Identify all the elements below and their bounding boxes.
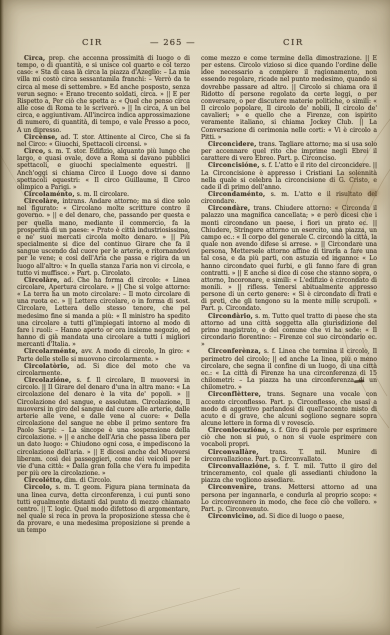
entry-term: Circonferènza,	[208, 348, 261, 355]
entry-circolo-continuation: come mezzo e come termine della dimostra…	[201, 55, 377, 141]
entry-body: s. m. Il circolare.	[77, 191, 129, 198]
page-number: — 265 —	[150, 38, 196, 48]
text-column-left: Cìrca, prep. che accenna prossimità di l…	[17, 55, 190, 558]
entry-term: Cìrco,	[24, 148, 45, 155]
entry-term: Circondaménto,	[208, 191, 265, 198]
entry-circa: Cìrca, prep. che accenna prossimità di l…	[17, 55, 190, 134]
running-title-left: CIR	[82, 38, 103, 48]
foxing-spot	[366, 188, 380, 198]
entry-term: Circolatòrio,	[24, 363, 70, 370]
entry-circondare: Circondàre, trans. Chiudere attorno: « C…	[201, 205, 377, 312]
entry-circoncidere: Circoncìdere, trans. Tagliare attorno; m…	[201, 141, 377, 162]
text-column-right: come mezzo e come termine della dimostra…	[201, 55, 377, 558]
entry-term: Circonvallazióne,	[208, 463, 270, 470]
entry-body: s. m. T. stor. Edifizio, alquanto più lu…	[17, 148, 190, 191]
crease-line-bottom	[96, 588, 240, 628]
entry-term: Circonvenìre,	[208, 484, 257, 491]
entry-term: Cìrcolo,	[24, 484, 52, 491]
scan-edge-shadow	[0, 0, 4, 635]
entry-body: s. m. T. geom. Figura piana terminata da…	[17, 484, 190, 534]
page-header: CIR — 265 — CIR	[0, 38, 390, 52]
entry-circonvallazione: Circonvallazióne, s. f. T. mil. Tutto il…	[201, 463, 377, 484]
entry-body: ad. Si dice di luogo o paese,	[258, 513, 345, 520]
entry-circonvicino: Circonvicìno, ad. Si dice di luogo o pae…	[201, 513, 377, 520]
entry-term: Circolàre,	[24, 198, 60, 205]
entry-circondario: Circondàrio, s. m. Tutto quel tratto di …	[201, 313, 377, 349]
entry-circonferenza: Circonferènza, s. f. Linea che termina i…	[201, 348, 377, 391]
entry-circolo: Cìrcolo, s. m. T. geom. Figura piana ter…	[17, 484, 190, 534]
entry-circolatorio: Circolatòrio, ad. Si dice del moto che v…	[17, 363, 190, 377]
entry-circolare-verb: Circolàre, intrans. Andare attorno; ma s…	[17, 198, 190, 277]
entry-body: s. f. Il circolare, Il muoversi in circo…	[17, 377, 190, 477]
entry-body: s. f. Linea che termina il circolo, Il p…	[201, 348, 377, 391]
entry-circonflettere: Circonflèttere, trans. Segnare una vocal…	[201, 391, 377, 427]
entry-circolazione: Circolazióne, s. f. Il circolare, Il muo…	[17, 377, 190, 477]
entry-circo: Cìrco, s. m. T. stor. Edifizio, alquanto…	[17, 148, 190, 191]
entry-term: Circoncisióne,	[208, 162, 260, 169]
entry-term: Circoncìdere,	[208, 141, 257, 148]
entry-term: Circonflèttere,	[208, 391, 261, 398]
entry-term: Circonvallàre,	[208, 449, 259, 456]
entry-term: Circolàre,	[24, 277, 60, 284]
running-title-right: CIR	[283, 38, 304, 48]
entry-circonlocuzione: Circonlocuzióne, s. f. Giro di parole pe…	[201, 427, 377, 448]
entry-body: intrans. Andare attorno; ma si dice solo…	[17, 198, 190, 277]
entry-term: Circolazióne,	[24, 377, 71, 384]
entry-term: Circolarménte,	[24, 348, 78, 355]
entry-body: prep. che accenna prossimità di luogo o …	[17, 55, 190, 134]
entry-circolarmente: Circolarménte, avv. A modo di circolo, I…	[17, 348, 190, 362]
entry-circonvallare: Circonvallàre, trans. T. mil. Munire di …	[201, 449, 377, 463]
entry-term: Circènse,	[24, 134, 58, 141]
entry-body: come mezzo e come termine della dimostra…	[201, 55, 377, 141]
entry-term: Circonvicìno,	[208, 513, 256, 520]
entry-body: ad. Che ha forma di circolo: « Linea cir…	[17, 277, 190, 348]
entry-term: Circolaménto,	[24, 191, 75, 198]
entry-term: Cìrca,	[24, 55, 45, 62]
entry-circense: Circènse, ad. T. stor. Attinente al Circ…	[17, 134, 190, 148]
entry-term: Circondàrio,	[208, 313, 253, 320]
entry-circonvenire: Circonvenìre, trans. Mettersi attorno ad…	[201, 484, 377, 513]
entry-body: trans. Chiudere attorno: « Circonda il p…	[201, 205, 377, 312]
entry-circolare-adj: Circolàre, ad. Che ha forma di circolo: …	[17, 277, 190, 349]
scanned-dictionary-page: CIR — 265 — CIR Cìrca, prep. che accenna…	[0, 0, 390, 635]
